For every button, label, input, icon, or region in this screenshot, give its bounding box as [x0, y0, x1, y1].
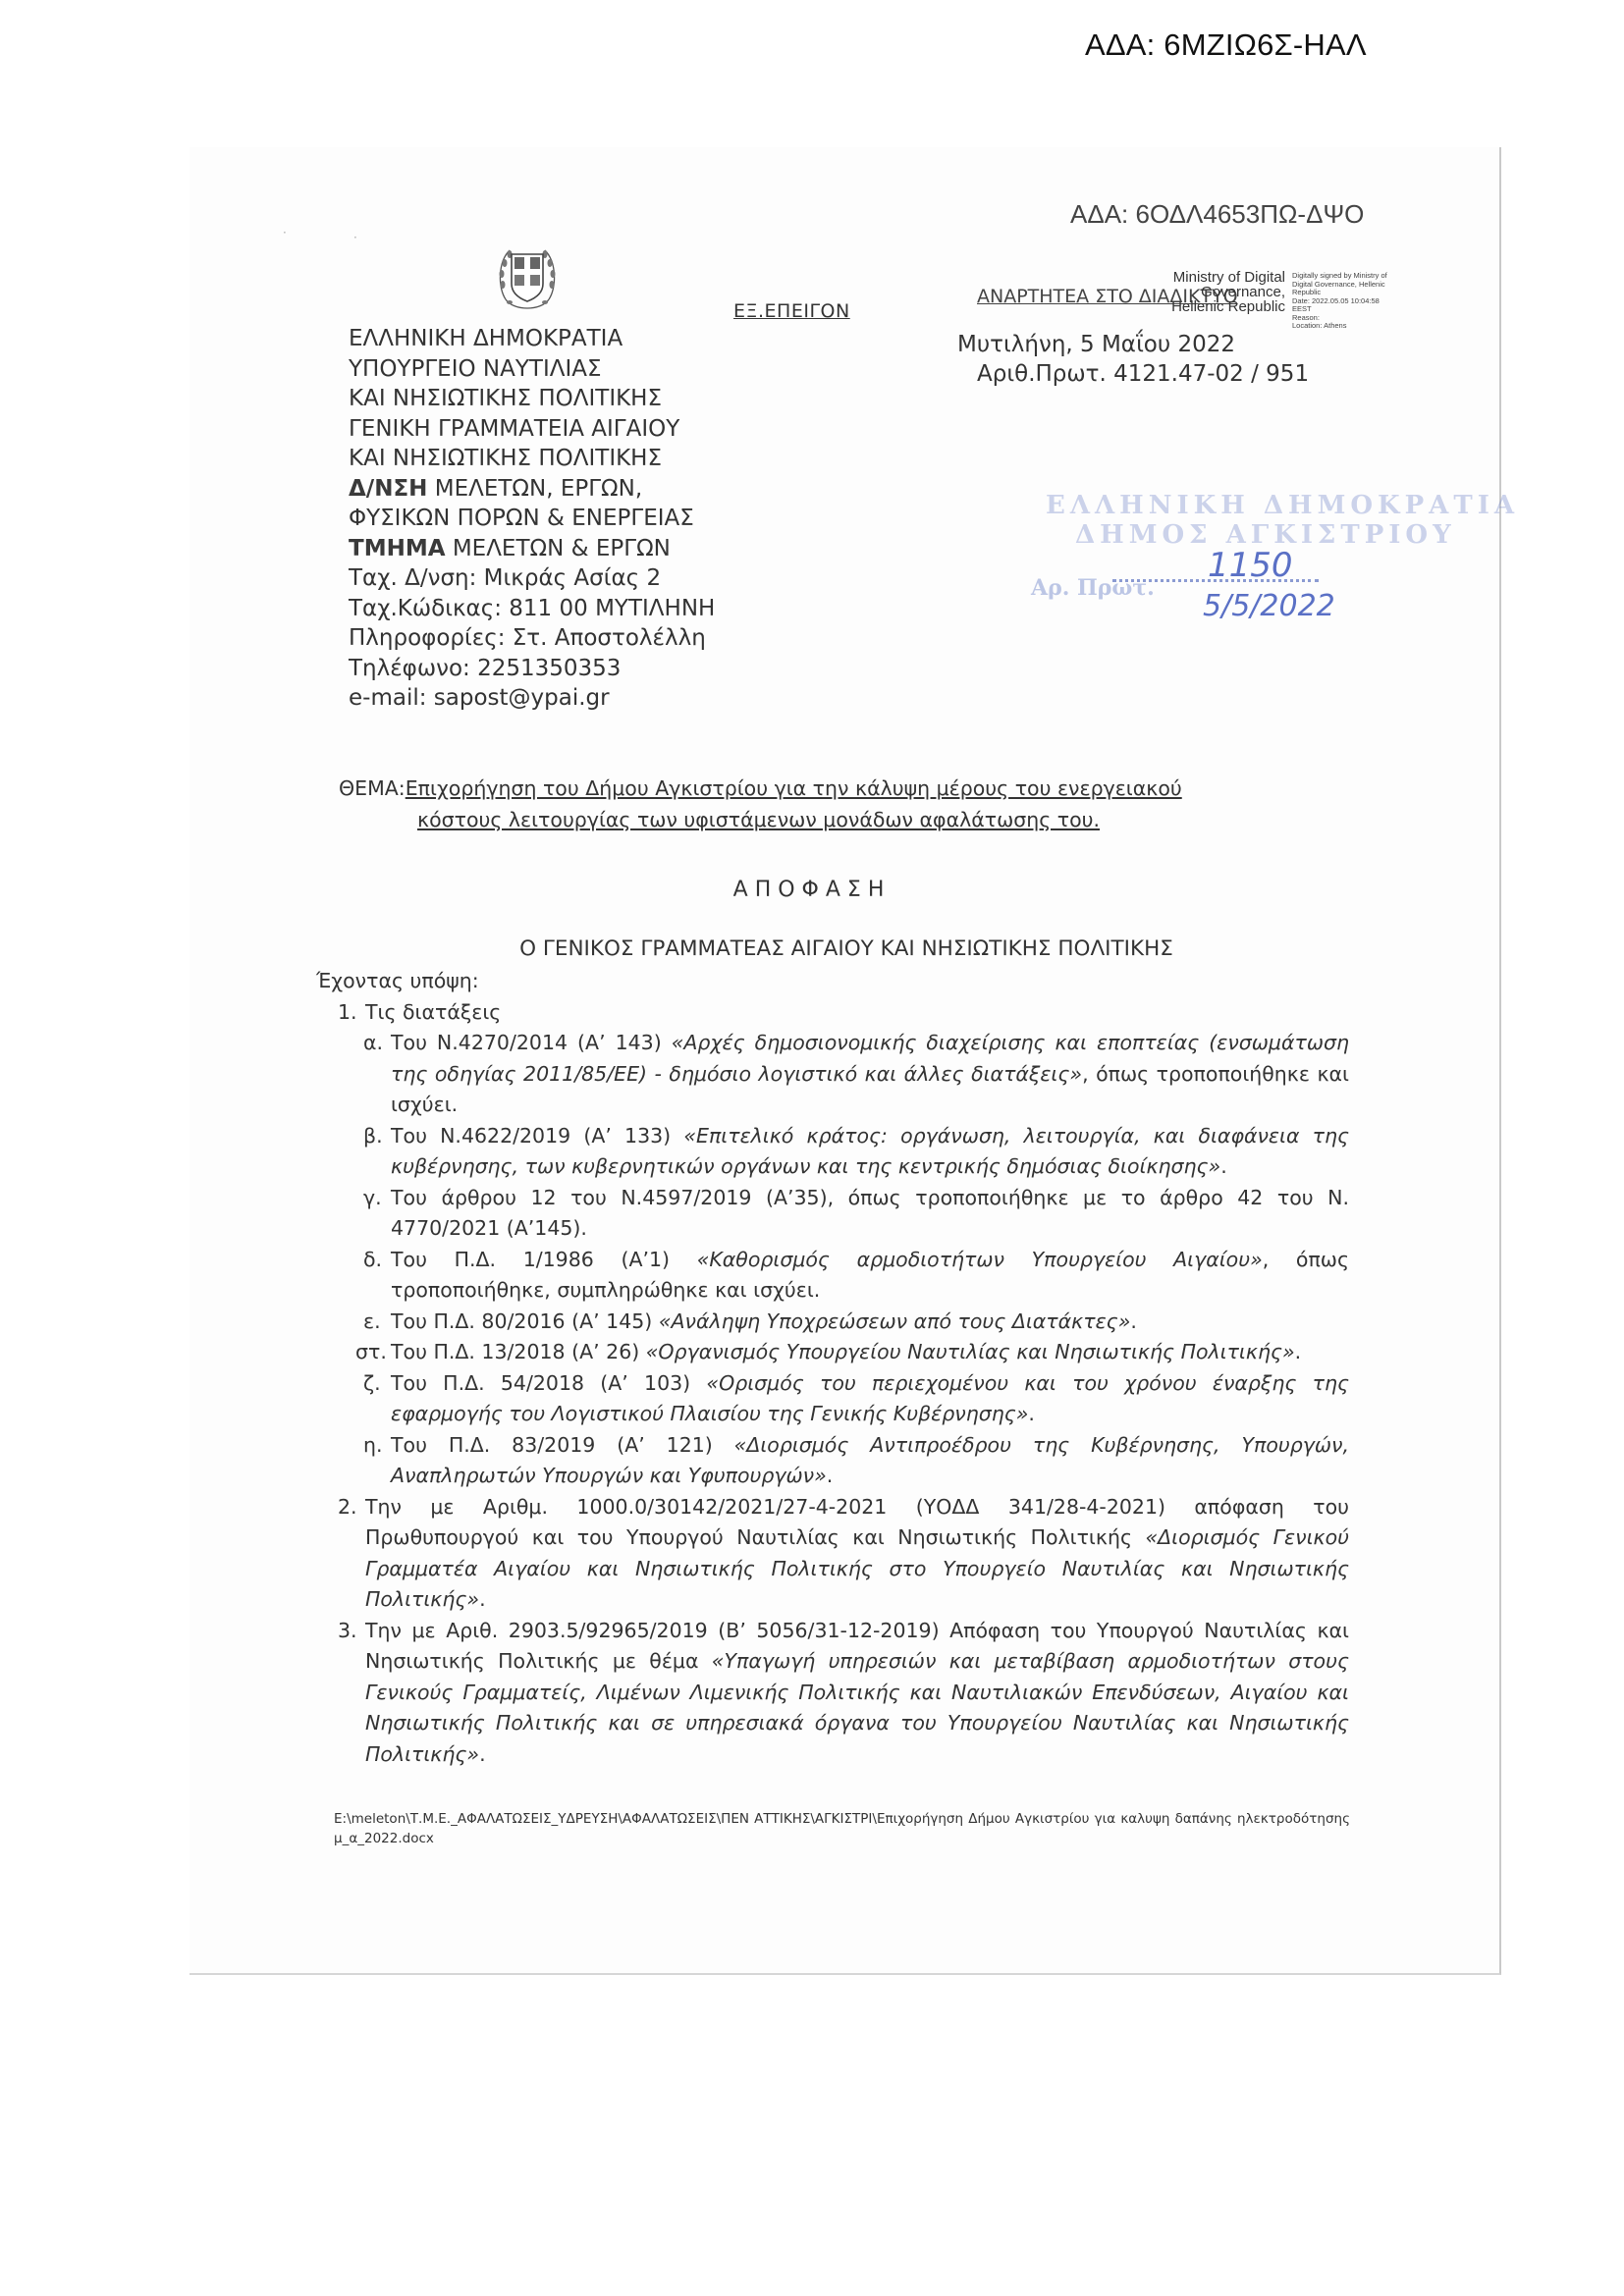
sub-item-marker: στ.: [355, 1337, 391, 1368]
directorate-line2: ΦΥΣΙΚΩΝ ΠΟΡΩΝ & ΕΝΕΡΓΕΙΑΣ: [349, 504, 715, 534]
sub-item-marker: α.: [363, 1028, 391, 1121]
directorate: Δ/ΝΣΗ ΜΕΛΕΤΩΝ, ΕΡΓΩΝ,: [349, 474, 715, 505]
sub-item-quote: «Οργανισμός Υπουργείου Ναυτιλίας και Νησ…: [646, 1340, 1295, 1363]
sender-line: ΓΕΝΙΚΗ ΓΡΑΜΜΑΤΕΙΑ ΑΙΓΑΙΟΥ: [349, 414, 715, 445]
sub-item-tail: .: [1295, 1340, 1302, 1363]
decision-title: ΑΠΟΦΑΣΗ: [0, 878, 1624, 902]
sub-item: α. Του Ν.4270/2014 (Α’ 143) «Αρχές δημοσ…: [316, 1028, 1349, 1121]
sub-item-lead: Του Π.Δ. 83/2019 (Α’ 121): [391, 1433, 734, 1457]
sub-item-text: Του Π.Δ. 13/2018 (Α’ 26) «Οργανισμός Υπο…: [391, 1337, 1301, 1368]
sub-item: ε. Του Π.Δ. 80/2016 (Α’ 145) «Ανάληψη Υπ…: [316, 1307, 1349, 1338]
sub-item-marker: β.: [363, 1121, 391, 1183]
document-ada: ΑΔΑ: 6ΟΔΛ4653ΠΩ-ΔΨΟ: [1070, 199, 1364, 230]
item-tail: .: [479, 1587, 486, 1611]
digital-signature-details: Digitally signed by Ministry of Digital …: [1292, 272, 1390, 331]
email: e-mail: sapost@ypai.gr: [349, 683, 715, 714]
signer-line: Governance,: [1163, 285, 1285, 299]
item-marker: 2.: [338, 1492, 365, 1616]
place-date: Μυτιλήνη, 5 Μαΐου 2022: [957, 332, 1235, 357]
item-text: Τις διατάξεις: [365, 997, 501, 1029]
scan-speck: ·: [353, 231, 357, 244]
item-marker: 3.: [338, 1616, 365, 1771]
item-3: 3. Την με Αριθ. 2903.5/92965/2019 (Β’ 50…: [316, 1616, 1349, 1771]
sub-item-text: Του Π.Δ. 54/2018 (Α’ 103) «Ορισμός του π…: [391, 1368, 1349, 1430]
top-ada-code: ΑΔΑ: 6ΜΖΙΩ6Σ-ΗΑΛ: [1085, 27, 1367, 63]
subject-text: Επιχορήγηση του Δήμου Αγκιστρίου για την…: [406, 776, 1182, 800]
sub-item-marker: ε.: [363, 1307, 391, 1338]
item-text: Την με Αριθ. 2903.5/92965/2019 (Β’ 5056/…: [365, 1616, 1349, 1771]
sub-item: δ. Του Π.Δ. 1/1986 (Α’1) «Καθορισμός αρμ…: [316, 1245, 1349, 1307]
info-contact: Πληροφορίες: Στ. Αποστολέλλη: [349, 623, 715, 654]
postal-code: Ταχ.Κώδικας: 811 00 ΜΥΤΙΛΗΝΗ: [349, 594, 715, 624]
sub-item-marker: η.: [363, 1430, 391, 1492]
sender-line: ΕΛΛΗΝΙΚΗ ΔΗΜΟΚΡΑΤΙΑ: [349, 324, 715, 354]
subject-text: κόστους λειτουργίας των υφιστάμενων μονά…: [339, 804, 1316, 835]
urgency-label: ΕΞ.ΕΠΕΙΓΟΝ: [733, 300, 850, 322]
address: Ταχ. Δ/νση: Μικράς Ασίας 2: [349, 563, 715, 594]
item-text: Την με Αριθμ. 1000.0/30142/2021/27-4-202…: [365, 1492, 1349, 1616]
sub-item-lead: Του Π.Δ. 80/2016 (Α’ 145): [391, 1309, 659, 1333]
sub-item-marker: δ.: [363, 1245, 391, 1307]
sub-item-lead: Του Ν.4270/2014 (Α’ 143): [391, 1031, 672, 1054]
item-2: 2. Την με Αριθμ. 1000.0/30142/2021/27-4-…: [316, 1492, 1349, 1616]
sub-item-text: Του Ν.4622/2019 (Α’ 133) «Επιτελικό κράτ…: [391, 1121, 1349, 1183]
item-marker: 1.: [338, 997, 365, 1029]
sender-line: ΥΠΟΥΡΓΕΙΟ ΝΑΥΤΙΛΙΑΣ: [349, 354, 715, 385]
sub-item-marker: γ.: [363, 1183, 391, 1245]
department-name: ΜΕΛΕΤΩΝ & ΕΡΓΩΝ: [446, 536, 671, 561]
stamp-line: ΕΛΛΗΝΙΚΗ ΔΗΜΟΚΡΑΤΙΑ: [1046, 491, 1519, 520]
sender-block: ΕΛΛΗΝΙΚΗ ΔΗΜΟΚΡΑΤΙΑ ΥΠΟΥΡΓΕΙΟ ΝΑΥΤΙΛΙΑΣ …: [349, 324, 715, 714]
sub-item-tail: .: [827, 1464, 834, 1487]
sub-item-text: Του Π.Δ. 80/2016 (Α’ 145) «Ανάληψη Υποχρ…: [391, 1307, 1137, 1338]
signer-line: Ministry of Digital: [1163, 270, 1285, 285]
subject-label: ΘΕΜΑ:: [339, 776, 406, 800]
item-1: 1. Τις διατάξεις: [316, 997, 1349, 1029]
scan-speck: ·: [283, 226, 287, 240]
sub-item-lead: Του άρθρου 12 του Ν.4597/2019 (Α’35), όπ…: [391, 1186, 1349, 1241]
signer-line: Hellenic Republic: [1163, 299, 1285, 314]
handwritten-number: 1150: [1208, 546, 1293, 585]
sub-item-tail: .: [1220, 1154, 1227, 1178]
considering-label: Έχοντας υπόψη:: [316, 966, 1349, 997]
directorate-name: ΜΕΛΕΤΩΝ, ΕΡΓΩΝ,: [427, 476, 642, 502]
sub-item-lead: Του Π.Δ. 54/2018 (Α’ 103): [391, 1371, 706, 1395]
sub-item: στ. Του Π.Δ. 13/2018 (Α’ 26) «Οργανισμός…: [316, 1337, 1349, 1368]
sub-item-quote: «Καθορισμός αρμοδιοτήτων Υπουργείου Αιγα…: [697, 1248, 1263, 1271]
file-path-footer: E:\meleton\Τ.Μ.Ε._ΑΦΑΛΑΤΩΣΕΙΣ_ΥΔΡΕΥΣΗ\ΑΦ…: [334, 1809, 1350, 1848]
sub-item: γ. Του άρθρου 12 του Ν.4597/2019 (Α’35),…: [316, 1183, 1349, 1245]
item-tail: .: [479, 1742, 486, 1766]
sub-item-lead: Του Π.Δ. 1/1986 (Α’1): [391, 1248, 697, 1271]
sender-line: ΚΑΙ ΝΗΣΙΩΤΙΚΗΣ ΠΟΛΙΤΙΚΗΣ: [349, 444, 715, 474]
handwritten-date: 5/5/2022: [1203, 589, 1335, 623]
sender-line: ΚΑΙ ΝΗΣΙΩΤΙΚΗΣ ΠΟΛΙΤΙΚΗΣ: [349, 384, 715, 414]
protocol-number: Αριθ.Πρωτ. 4121.47-02 / 951: [977, 361, 1309, 387]
signature-detail-line: Location: Athens: [1292, 322, 1390, 331]
sub-item-tail: .: [1130, 1309, 1137, 1333]
decision-body: Έχοντας υπόψη: 1. Τις διατάξεις α. Του Ν…: [316, 966, 1349, 1770]
sub-item: ζ. Του Π.Δ. 54/2018 (Α’ 103) «Ορισμός το…: [316, 1368, 1349, 1430]
digital-signature-signer: Ministry of Digital Governance, Hellenic…: [1163, 270, 1285, 314]
department-label: ΤΜΗΜΑ: [349, 536, 446, 561]
department: ΤΜΗΜΑ ΜΕΛΕΤΩΝ & ΕΡΓΩΝ: [349, 534, 715, 564]
subject: ΘΕΜΑ:Επιχορήγηση του Δήμου Αγκιστρίου γι…: [339, 773, 1316, 835]
greek-coat-of-arms-icon: [496, 240, 559, 319]
sub-item-lead: Του Π.Δ. 13/2018 (Α’ 26): [391, 1340, 646, 1363]
sub-item-text: Του Ν.4270/2014 (Α’ 143) «Αρχές δημοσιον…: [391, 1028, 1349, 1121]
sub-item-marker: ζ.: [363, 1368, 391, 1430]
authority-title: Ο ΓΕΝΙΚΟΣ ΓΡΑΜΜΑΤΕΑΣ ΑΙΓΑΙΟΥ ΚΑΙ ΝΗΣΙΩΤΙ…: [0, 936, 1624, 961]
sub-item: β. Του Ν.4622/2019 (Α’ 133) «Επιτελικό κ…: [316, 1121, 1349, 1183]
sub-item-text: Του άρθρου 12 του Ν.4597/2019 (Α’35), όπ…: [391, 1183, 1349, 1245]
sub-item: η. Του Π.Δ. 83/2019 (Α’ 121) «Διορισμός …: [316, 1430, 1349, 1492]
sub-item-text: Του Π.Δ. 83/2019 (Α’ 121) «Διορισμός Αντ…: [391, 1430, 1349, 1492]
sub-item-lead: Του Ν.4622/2019 (Α’ 133): [391, 1124, 683, 1148]
sub-item-tail: .: [1028, 1402, 1035, 1425]
sub-item-quote: «Ανάληψη Υποχρεώσεων από τους Διατάκτες»: [659, 1309, 1131, 1333]
directorate-label: Δ/ΝΣΗ: [349, 476, 427, 502]
phone: Τηλέφωνο: 2251350353: [349, 654, 715, 684]
sub-item-text: Του Π.Δ. 1/1986 (Α’1) «Καθορισμός αρμοδι…: [391, 1245, 1349, 1307]
